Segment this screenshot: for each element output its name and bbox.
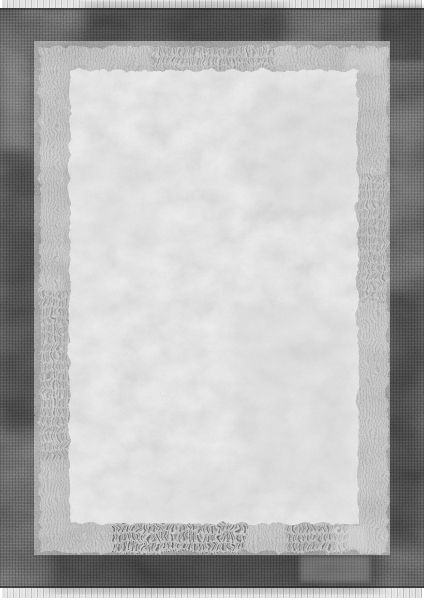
bottom-seam [0, 586, 424, 588]
texture-blotch-light [0, 55, 26, 145]
top-seam [0, 8, 424, 10]
texture-blotch [380, 6, 424, 61]
texture-blotch [0, 150, 42, 430]
center-shade-patch [235, 300, 353, 500]
rug-product-photo [0, 0, 424, 600]
center-shade-patch [88, 150, 153, 245]
center-shade-patch [250, 85, 350, 215]
frame-light-patch [330, 523, 364, 549]
frame-light-patch [345, 50, 379, 72]
center-shade-patch [140, 470, 230, 520]
texture-blotch-light [300, 556, 370, 582]
frame-abrasion [148, 45, 273, 69]
texture-blotch [85, 6, 285, 48]
rug-center-field [68, 69, 356, 522]
frame-abrasion [110, 518, 245, 551]
texture-blotch [382, 290, 424, 550]
texture-blotch-light [395, 120, 424, 210]
rug-image [0, 0, 424, 600]
frame-abrasion [38, 290, 68, 460]
frame-abrasion [356, 170, 386, 300]
